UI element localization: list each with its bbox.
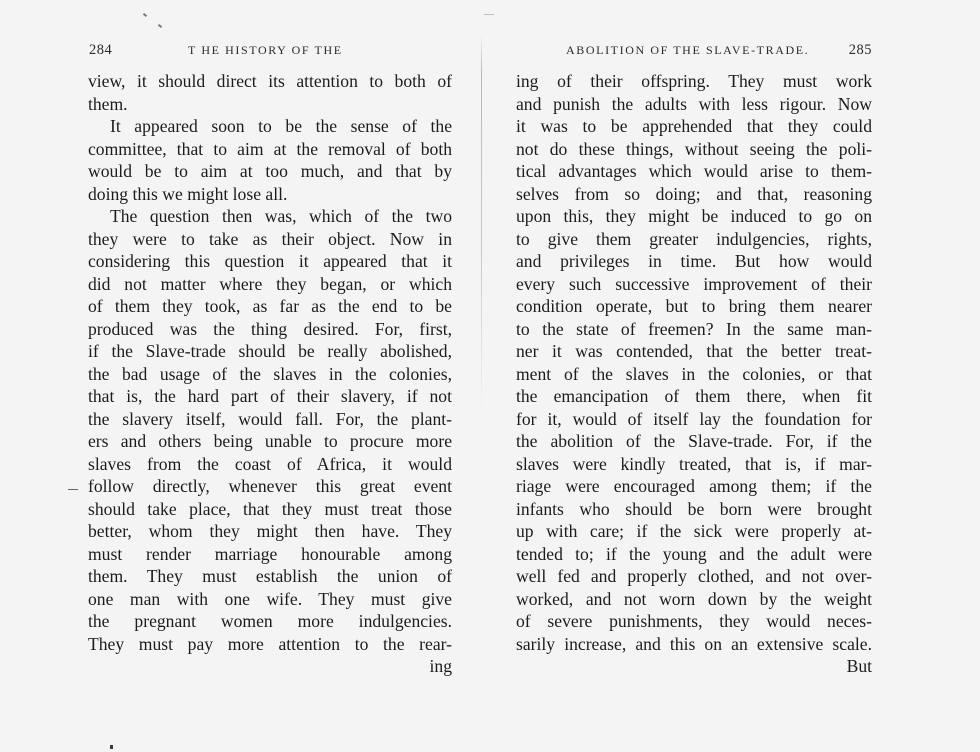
- text-line: not do these things, without seeing the …: [516, 138, 872, 161]
- text-line: better, whom they might then have. They: [88, 520, 452, 543]
- text-line: up with care; if the sick were properly …: [516, 520, 872, 543]
- text-line: that is, the hard part of their slavery,…: [88, 385, 452, 408]
- scan-speck: [68, 489, 78, 490]
- text-line: the bad usage of the slaves in the colon…: [88, 363, 452, 386]
- text-line: selves from so doing; and that, reasonin…: [516, 183, 872, 206]
- text-line: of them they took, as far as the end to …: [88, 295, 452, 318]
- text-line: follow directly, whenever this great eve…: [88, 475, 452, 498]
- text-line: they were to take as their object. Now i…: [88, 228, 452, 251]
- text-line: for it, would of itself lay the foundati…: [516, 408, 872, 431]
- text-line: the emancipation of them there, when fit: [516, 385, 872, 408]
- text-line: The question then was, which of the two: [88, 205, 452, 228]
- gutter-mark: [484, 14, 494, 15]
- text-line: the slavery itself, would fall. For, the…: [88, 408, 452, 431]
- right-page-text: ing of their offspring. They must workan…: [516, 70, 872, 678]
- running-head-title: T HE HISTORY OF THE: [188, 43, 343, 58]
- text-line: of severe punishments, they would neces-: [516, 610, 872, 633]
- text-line: sarily increase, and this on an extensiv…: [516, 633, 872, 656]
- text-line: produced was the thing desired. For, fir…: [88, 318, 452, 341]
- running-head-title: ABOLITION OF THE SLAVE-TRADE.: [566, 43, 809, 58]
- text-line: infants who should be born were brought: [516, 498, 872, 521]
- text-line: slaves were kindly treated, that is, if …: [516, 453, 872, 476]
- text-line: every such successive improvement of the…: [516, 273, 872, 296]
- page-gutter: [481, 34, 482, 414]
- text-line: to give them greater indulgencies, right…: [516, 228, 872, 251]
- text-line: considering this question it appeared th…: [88, 250, 452, 273]
- text-line: ing of their offspring. They must work: [516, 70, 872, 93]
- text-line: tical advantages which would arise to th…: [516, 160, 872, 183]
- text-line: slaves from the coast of Africa, it woul…: [88, 453, 452, 476]
- page-number: 284: [89, 42, 112, 59]
- book-spread: 284 T HE HISTORY OF THE view, it should …: [0, 0, 980, 752]
- text-line: it was to be apprehended that they could: [516, 115, 872, 138]
- text-line: view, it should direct its attention to …: [88, 70, 452, 93]
- right-running-head: ABOLITION OF THE SLAVE-TRADE. 285: [516, 42, 872, 62]
- text-line: ner it was contended, that the better tr…: [516, 340, 872, 363]
- text-line: if the Slave-trade should be really abol…: [88, 340, 452, 363]
- scan-speck: [110, 745, 113, 749]
- page-number: 285: [849, 42, 872, 59]
- text-line: condition operate, but to bring them nea…: [516, 295, 872, 318]
- text-line: must render marriage honourable among: [88, 543, 452, 566]
- text-line: and privileges in time. But how would: [516, 250, 872, 273]
- text-line: committee, that to aim at the removal of…: [88, 138, 452, 161]
- text-line: them. They must establish the union of: [88, 565, 452, 588]
- text-line: the pregnant women more indulgencies.: [88, 610, 452, 633]
- text-line: tended to; if the young and the adult we…: [516, 543, 872, 566]
- text-line: to the state of freemen? In the same man…: [516, 318, 872, 341]
- text-line: well fed and properly clothed, and not o…: [516, 565, 872, 588]
- text-line: them.: [88, 93, 452, 116]
- text-line: It appeared soon to be the sense of the: [88, 115, 452, 138]
- text-line: one man with one wife. They must give: [88, 588, 452, 611]
- text-line: the abolition of the Slave-trade. For, i…: [516, 430, 872, 453]
- text-line: and punish the adults with less rigour. …: [516, 93, 872, 116]
- scan-speck: [158, 24, 162, 28]
- text-line: ers and others being unable to procure m…: [88, 430, 452, 453]
- text-line: doing this we might lose all.: [88, 183, 452, 206]
- text-line: upon this, they might be induced to go o…: [516, 205, 872, 228]
- text-line: should take place, that they must treat …: [88, 498, 452, 521]
- text-line: would be to aim at too much, and that by: [88, 160, 452, 183]
- text-line: ment of the slaves in the colonies, or t…: [516, 363, 872, 386]
- text-line: worked, and not worn down by the weight: [516, 588, 872, 611]
- catchword: ing: [88, 655, 452, 678]
- catchword: But: [516, 655, 872, 678]
- text-line: did not matter where they began, or whic…: [88, 273, 452, 296]
- left-page-text: view, it should direct its attention to …: [88, 70, 452, 678]
- left-running-head: 284 T HE HISTORY OF THE: [88, 42, 452, 62]
- text-line: They must pay more attention to the rear…: [88, 633, 452, 656]
- text-line: riage were encouraged among them; if the: [516, 475, 872, 498]
- scan-speck: [143, 13, 147, 17]
